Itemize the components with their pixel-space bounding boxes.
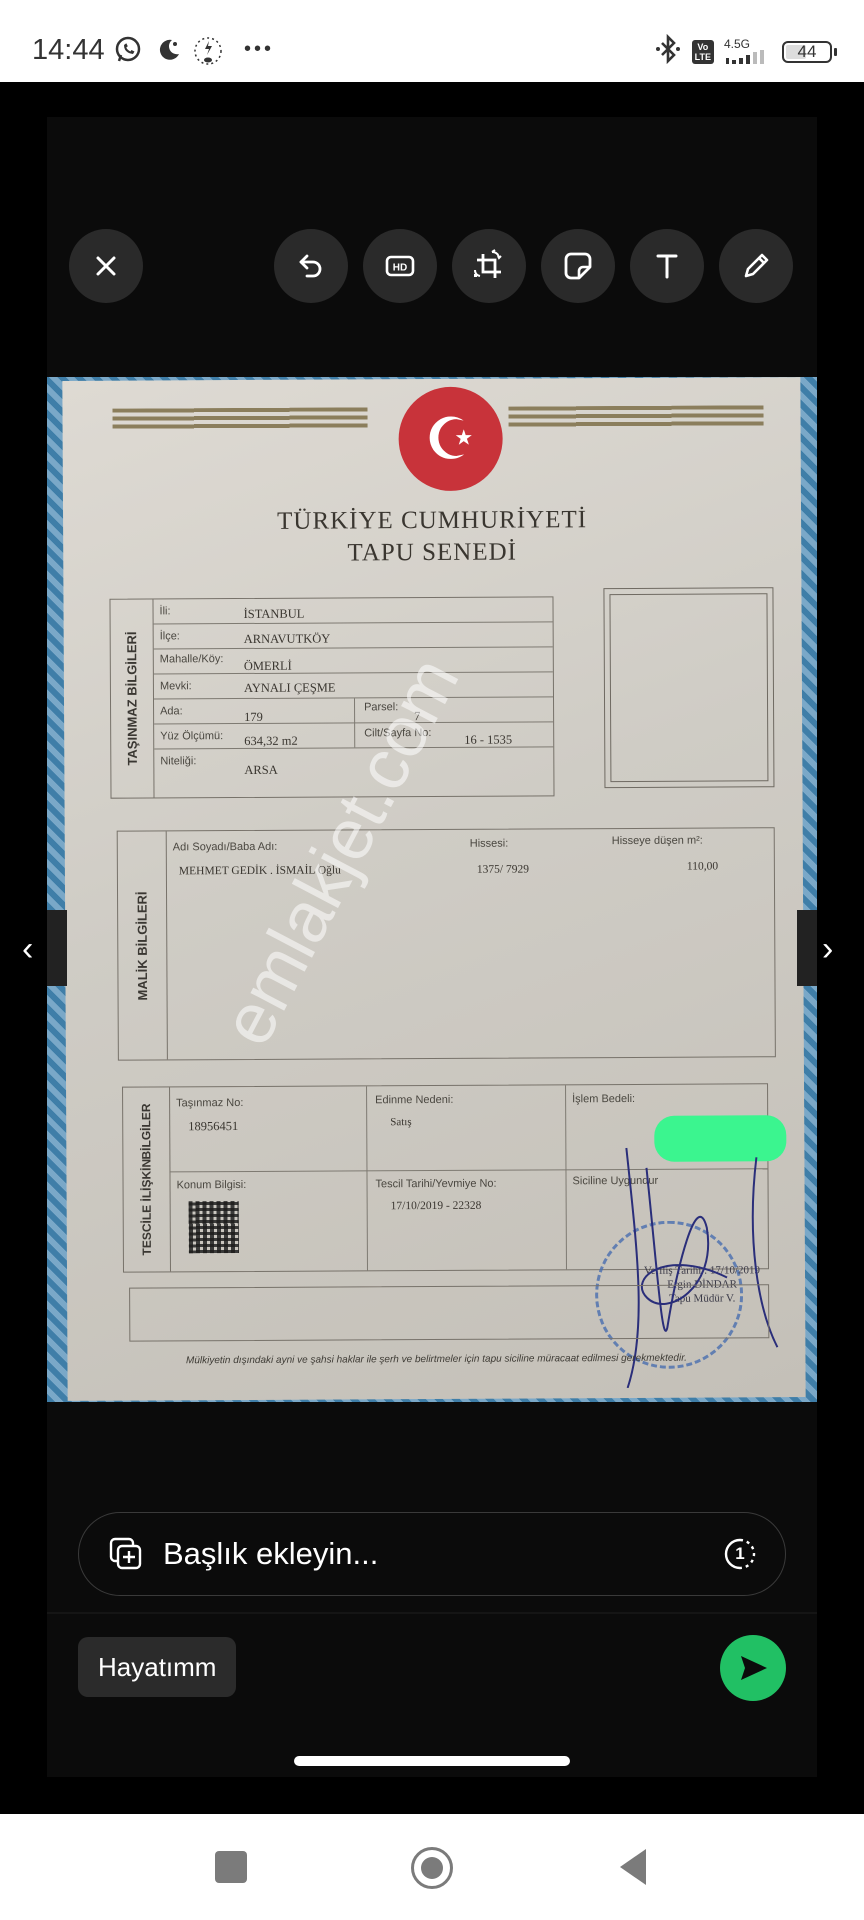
recipient-chip[interactable]: Hayatımm <box>78 1637 236 1697</box>
view-once-count: 1 <box>723 1544 757 1564</box>
close-icon <box>89 249 123 283</box>
battery-saver-icon <box>193 36 223 71</box>
pencil-icon <box>739 249 773 283</box>
field-volume-page: 16 - 1535 <box>464 733 512 748</box>
next-image-handle[interactable] <box>797 910 817 986</box>
photo-preview[interactable]: ☪ TÜRKİYE CUMHURİYETİ TAPU SENEDİ TAŞINM… <box>47 377 817 1402</box>
recents-icon[interactable] <box>215 1851 247 1883</box>
registry-section-heading: TESCİLE İLİŞKİNBİLGİLER <box>123 1087 170 1271</box>
document-title-line1: TÜRKİYE CUMHURİYETİ <box>63 505 801 537</box>
title-deed-document: ☪ TÜRKİYE CUMHURİYETİ TAPU SENEDİ TAŞINM… <box>62 377 805 1401</box>
bluetooth-icon <box>654 34 682 69</box>
undo-icon <box>294 249 328 283</box>
field-location: AYNALI ÇEŞME <box>244 681 336 696</box>
property-no: 18956451 <box>188 1119 238 1134</box>
field-label: Yüz Ölçümü: <box>160 730 223 742</box>
battery-level: 44 <box>798 42 817 61</box>
property-section: TAŞINMAZ BİLGİLERİ İli:İSTANBUL İlçe:ARN… <box>109 596 554 798</box>
hd-icon: HD <box>383 249 417 283</box>
field-district: ARNAVUTKÖY <box>244 632 331 647</box>
field-neighborhood: ÖMERLİ <box>244 659 292 674</box>
status-bar: 14:44 ••• VoLTE 4.5G 44 <box>0 0 864 82</box>
signature <box>606 1127 807 1388</box>
field-province: İSTANBUL <box>244 607 305 622</box>
more-dots-icon: ••• <box>244 38 274 61</box>
view-once-icon[interactable]: 1 <box>723 1537 757 1571</box>
status-right-cluster: VoLTE 4.5G 44 <box>654 34 832 69</box>
back-icon[interactable] <box>620 1849 646 1885</box>
notes-box <box>129 1284 769 1341</box>
chevron-left-icon[interactable]: ‹ <box>22 932 33 966</box>
acquisition-label: Edinme Nedeni: <box>375 1094 453 1106</box>
field-label: Mevki: <box>160 680 192 692</box>
price-label: İşlem Bedeli: <box>572 1093 635 1105</box>
home-icon[interactable] <box>411 1847 453 1889</box>
field-block: 179 <box>244 710 263 725</box>
header-stripes-right <box>508 405 763 428</box>
acquisition-reason: Satış <box>390 1116 411 1128</box>
crop-rotate-button[interactable] <box>452 229 526 303</box>
field-label: Mahalle/Köy: <box>160 653 224 665</box>
text-icon <box>650 249 684 283</box>
property-no-label: Taşınmaz No: <box>176 1097 243 1109</box>
location-label: Konum Bilgisi: <box>177 1179 247 1191</box>
owner-share-m2: 110,00 <box>687 861 718 873</box>
field-label: İli: <box>160 605 171 617</box>
property-section-heading: TAŞINMAZ BİLGİLERİ <box>110 599 153 797</box>
volte-icon: VoLTE <box>692 40 714 64</box>
battery-indicator: 44 <box>782 41 832 63</box>
field-label: İlçe: <box>160 630 180 642</box>
svg-text:HD: HD <box>393 263 407 274</box>
owner-section-heading: MALİK BİLGİLERİ <box>118 831 167 1059</box>
whatsapp-icon <box>114 36 142 69</box>
registry-heading-line2: BİLGİLER <box>139 1103 153 1159</box>
prev-image-handle[interactable] <box>47 910 67 986</box>
send-button[interactable] <box>720 1635 786 1701</box>
add-media-icon[interactable] <box>107 1535 145 1573</box>
qr-code <box>189 1201 239 1253</box>
owner-share: 1375/ 7929 <box>477 864 529 876</box>
turkish-flag-crest: ☪ <box>398 387 503 492</box>
system-navigation-bar <box>0 1814 864 1920</box>
sticker-icon <box>561 249 595 283</box>
cellular-signal: 4.5G <box>724 38 772 66</box>
chevron-right-icon[interactable]: › <box>822 932 833 966</box>
gesture-bar <box>294 1756 570 1766</box>
sticker-button[interactable] <box>541 229 615 303</box>
registration-label: Tescil Tarihi/Yevmiye No: <box>376 1178 497 1191</box>
moon-star-icon <box>156 36 182 67</box>
field-label: Niteliği: <box>160 755 196 767</box>
field-type: ARSA <box>244 763 277 778</box>
registry-heading-line1: TESCİLE İLİŞKİN <box>139 1159 154 1256</box>
network-type: 4.5G <box>724 38 750 50</box>
send-icon <box>736 1651 770 1685</box>
header-stripes-left <box>112 407 367 430</box>
caption-placeholder: Başlık ekleyin... <box>163 1536 723 1572</box>
owner-name-label: Adı Soyadı/Baba Adı: <box>173 841 278 854</box>
close-button[interactable] <box>69 229 143 303</box>
media-editor: HD ☪ TÜRKİYE CUMHURİYETİ TAPU SENEDİ TAŞ… <box>0 82 864 1814</box>
field-area: 634,32 m2 <box>244 734 298 749</box>
share-label: Hissesi: <box>470 838 509 850</box>
document-title-line2: TAPU SENEDİ <box>63 537 801 569</box>
text-button[interactable] <box>630 229 704 303</box>
status-time: 14:44 <box>32 34 105 67</box>
photo-frame <box>603 587 774 788</box>
caption-input[interactable]: Başlık ekleyin... 1 <box>78 1512 786 1596</box>
hd-button[interactable]: HD <box>363 229 437 303</box>
registration-date: 17/10/2019 - 22328 <box>391 1200 482 1212</box>
undo-button[interactable] <box>274 229 348 303</box>
divider <box>47 1612 817 1614</box>
draw-button[interactable] <box>719 229 793 303</box>
field-label: Ada: <box>160 705 183 717</box>
crop-rotate-icon <box>472 249 506 283</box>
share-m2-label: Hisseye düşen m²: <box>612 835 703 847</box>
